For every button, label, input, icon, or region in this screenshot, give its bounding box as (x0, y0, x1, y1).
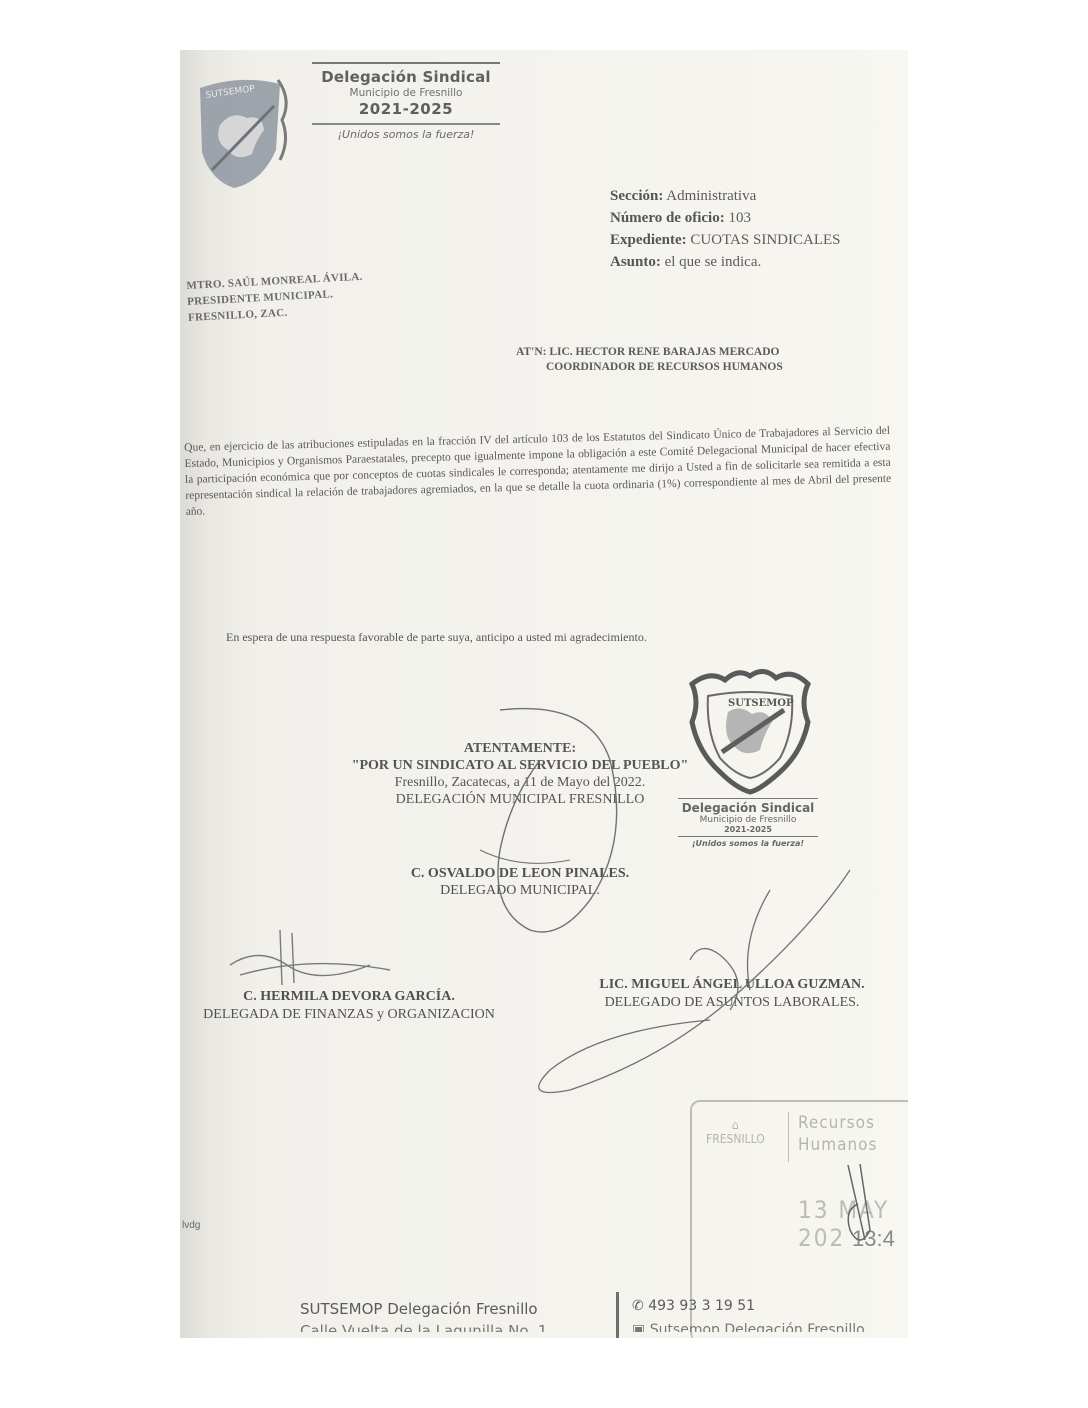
signoff-block: ATENTAMENTE: "POR UN SINDICATO AL SERVIC… (330, 740, 710, 808)
signatory-osvaldo: C. OSVALDO DE LEON PINALES. DELEGADO MUN… (400, 865, 640, 899)
footer-social: Sutsemop Delegación Fresnillo (650, 1322, 865, 1332)
closing-line: En espera de una respuesta favorable de … (226, 630, 647, 645)
meta-oficio: Número de oficio: 103 (610, 207, 840, 229)
divider (312, 123, 500, 125)
social-icon: ▣ (632, 1322, 645, 1332)
letterhead-subtitle: Municipio de Fresnillo (312, 87, 500, 99)
fresnillo-logo-icon: ⌂FRESNILLO (706, 1118, 765, 1146)
divider (788, 1112, 789, 1162)
document-meta: Sección: Administrativa Número de oficio… (610, 185, 840, 273)
footer-org: SUTSEMOP Delegación Fresnillo Calle Vuel… (300, 1300, 547, 1332)
meta-asunto: Asunto: el que se indica. (610, 251, 840, 273)
typist-initials: lvdg (182, 1220, 200, 1231)
signoff-motto: "POR UN SINDICATO AL SERVICIO DEL PUEBLO… (330, 757, 710, 774)
signatory-miguel: LIC. MIGUEL ÁNGEL ULLOA GUZMAN. DELEGADO… (572, 976, 892, 1012)
letterhead: Delegación Sindical Municipio de Fresnil… (312, 62, 500, 141)
received-department: Recursos Humanos (798, 1112, 878, 1156)
letterhead-slogan: ¡Unidos somos la fuerza! (312, 128, 500, 141)
divider (616, 1292, 619, 1338)
meta-seccion: Sección: Administrativa (610, 185, 840, 207)
body-paragraph: Que, en ejercicio de las atribuciones es… (184, 423, 892, 520)
signoff-delegation: DELEGACIÓN MUNICIPAL FRESNILLO (330, 791, 710, 808)
meta-expediente: Expediente: CUOTAS SINDICALES (610, 229, 840, 251)
scanned-letter-page: SUTSEMOP Delegación Sindical Municipio d… (180, 50, 908, 1338)
footer-phone: 493 93 3 19 51 (648, 1298, 755, 1314)
signoff-place-date: Fresnillo, Zacatecas, a 11 de Mayo del 2… (330, 774, 710, 791)
footer-address: Calle Vuelta de la Lagunilla No. 1 (300, 1322, 547, 1332)
received-time: 13:4 (852, 1226, 895, 1252)
signoff-atentamente: ATENTAMENTE: (330, 740, 710, 757)
phone-icon: ✆ (632, 1298, 644, 1314)
letterhead-title: Delegación Sindical (312, 68, 500, 86)
signature-hermila-icon (220, 925, 400, 995)
letterhead-years: 2021-2025 (312, 100, 500, 118)
divider (312, 62, 500, 64)
attention-line: AT'N: LIC. HECTOR RENE BARAJAS MERCADO C… (516, 345, 783, 375)
sutsemop-logo-icon: SUTSEMOP (192, 70, 288, 195)
addressee: MTRO. SAÚL MONREAL ÁVILA. PRESIDENTE MUN… (186, 269, 365, 326)
signature-osvaldo-icon (440, 700, 640, 960)
signatory-hermila: C. HERMILA DEVORA GARCÍA. DELEGADA DE FI… (180, 988, 524, 1024)
footer-contact: ✆ 493 93 3 19 51 ▣ Sutsemop Delegación F… (632, 1298, 865, 1332)
svg-text:SUTSEMOP: SUTSEMOP (728, 698, 794, 709)
